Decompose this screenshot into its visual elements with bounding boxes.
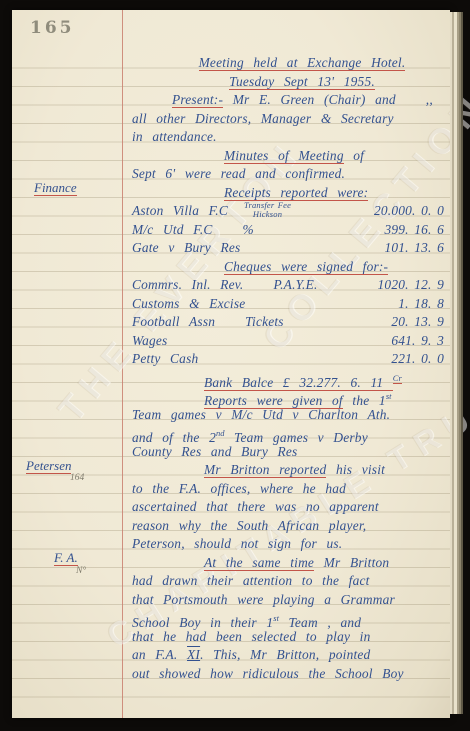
manuscript-line: an F.A. XI. This, Mr Britton, pointed — [132, 646, 446, 665]
ink-segment: ascertained that there was no apparent — [132, 499, 379, 514]
manuscript-line: County Res and Bury Res — [132, 443, 446, 462]
minute-book-page: 165 THE EVERTON COLLECTION CHARITABLE TR… — [12, 10, 450, 718]
ink-segment: nd — [216, 428, 225, 438]
manuscript-line: Bank Balce £ 32.277. 6. 11 Cr — [132, 369, 446, 388]
margin-note-label: Petersen — [26, 458, 71, 474]
ink-segment: that he had been selected to play in — [132, 629, 370, 644]
scan-frame: 165 THE EVERTON COLLECTION CHARITABLE TR… — [0, 0, 470, 731]
manuscript-line: Team games v M/c Utd v Charlton Ath. — [132, 406, 446, 425]
ink-segment: Commrs. Inl. Rev. — [132, 276, 243, 295]
manuscript-body: Meeting held at Exchange Hotel.Tuesday S… — [132, 54, 446, 683]
amount-value: 20.000. 0. 0 — [374, 202, 446, 221]
manuscript-line: all other Directors, Manager & Secretary — [132, 110, 446, 129]
ink-segment: Customs & Excise — [132, 295, 245, 314]
manuscript-line: and of the 2nd Team games v Derby — [132, 424, 446, 443]
ink-segment: all other Directors, Manager & Secretary — [132, 111, 394, 126]
manuscript-line: in attendance. — [132, 128, 446, 147]
manuscript-line: At the same time Mr Britton — [132, 554, 446, 573]
ink-segment: Mr Britton reported — [204, 462, 326, 478]
manuscript-line: M/c Utd F.C%399. 16. 6 — [132, 221, 446, 240]
ink-segment: XI — [187, 647, 200, 662]
manuscript-line: Meeting held at Exchange Hotel. — [132, 54, 446, 73]
ink-segment: % — [243, 221, 254, 240]
ink-segment: M/c Utd F.C — [132, 221, 213, 240]
ink-segment: Wages — [132, 332, 167, 351]
manuscript-line: School Boy in their 1st Team , and — [132, 609, 446, 628]
margin-note-petersen: Petersen — [26, 458, 71, 474]
margin-note-fa: F. A. — [54, 550, 78, 566]
manuscript-line: to the F.A. offices, where he had — [132, 480, 446, 499]
amount-value: 399. 16. 6 — [384, 221, 446, 240]
manuscript-line: that Portsmouth were playing a Grammar — [132, 591, 446, 610]
margin-note-label: Finance — [34, 180, 77, 196]
pencil-reference: N° — [76, 566, 86, 576]
ink-segment: his visit — [326, 462, 385, 477]
manuscript-line: reason why the South African player, — [132, 517, 446, 536]
ink-segment: Receipts reported were: — [224, 185, 368, 201]
ink-segment: Aston Villa F.C — [132, 202, 228, 221]
margin-note-label: F. A. — [54, 550, 78, 566]
ink-segment: Mr Britton — [314, 555, 389, 570]
amount-value: 641. 9. 3 — [391, 332, 446, 351]
ink-segment: Meeting held at Exchange Hotel. — [199, 55, 406, 71]
ink-segment: to the F.A. offices, where he had — [132, 481, 346, 496]
manuscript-line: ascertained that there was no apparent — [132, 498, 446, 517]
ink-segment: Mr E. Green (Chair) and — [223, 92, 396, 107]
amount-value: 20. 13. 9 — [391, 313, 446, 332]
ink-segment: . This, Mr Britton, pointed — [200, 647, 370, 662]
manuscript-line: Reports were given of the 1st — [132, 387, 446, 406]
ink-segment: of — [344, 148, 364, 163]
ink-segment: an F.A. — [132, 647, 187, 662]
manuscript-line: Sept 6' were read and confirmed. — [132, 165, 446, 184]
interlinear-note: Transfer FeeHickson — [244, 201, 291, 218]
ink-segment: Gate v Bury Res — [132, 239, 240, 258]
manuscript-line: that he had been selected to play in — [132, 628, 446, 647]
manuscript-line: had drawn their attention to the fact — [132, 572, 446, 591]
ink-segment: ,, — [426, 92, 433, 107]
ink-segment: Sept 6' were read and confirmed. — [132, 166, 345, 181]
manuscript-line: Minutes of Meeting of — [132, 147, 446, 166]
amount-value: 1. 18. 8 — [398, 295, 446, 314]
ink-segment: At the same time — [204, 555, 314, 571]
pencil-reference: 164 — [70, 473, 84, 483]
manuscript-line: Customs & Excise1. 18. 8 — [132, 295, 446, 314]
ink-segment: Minutes of Meeting — [224, 148, 344, 164]
ink-segment: County Res and Bury Res — [132, 444, 297, 459]
ink-segment: Cr — [393, 373, 402, 384]
manuscript-line: out showed how ridiculous the School Boy — [132, 665, 446, 684]
manuscript-line: Gate v Bury Res101. 13. 6 — [132, 239, 446, 258]
ink-segment: in attendance. — [132, 129, 217, 144]
ink-segment: Team games v M/c Utd v Charlton Ath. — [132, 407, 390, 422]
manuscript-line: Present:- Mr E. Green (Chair) and,, — [132, 91, 446, 110]
ink-segment: Petty Cash — [132, 350, 198, 369]
manuscript-line: Wages641. 9. 3 — [132, 332, 446, 351]
amount-value: 221. 0. 0 — [391, 350, 446, 369]
manuscript-line: Cheques were signed for:- — [132, 258, 446, 277]
ink-segment: Present:- — [172, 92, 223, 108]
manuscript-line: Mr Britton reported his visit — [132, 461, 446, 480]
red-margin-rule — [122, 10, 123, 718]
margin-note-finance: Finance — [34, 180, 77, 196]
manuscript-line: Aston Villa F.CTransfer FeeHickson20.000… — [132, 202, 446, 221]
manuscript-line: Tuesday Sept 13' 1955. — [132, 73, 446, 92]
ink-segment: Football Assn — [132, 313, 215, 332]
ink-segment: Peterson, should not sign for us. — [132, 536, 342, 551]
ink-segment: had drawn their attention to the fact — [132, 573, 370, 588]
ink-segment: that Portsmouth were playing a Grammar — [132, 592, 395, 607]
ink-segment: Tuesday Sept 13' 1955. — [229, 74, 375, 90]
ink-segment: Cheques were signed for:- — [224, 259, 388, 275]
ink-segment: st — [386, 391, 392, 401]
ink-segment: out showed how ridiculous the School Boy — [132, 666, 404, 681]
page-stack-edge — [450, 12, 463, 714]
ink-segment: reason why the South African player, — [132, 518, 366, 533]
page-number: 165 — [30, 18, 75, 38]
amount-value: 1020. 12. 9 — [378, 276, 446, 295]
ink-segment: P.A.Y.E. — [273, 276, 317, 295]
amount-value: 101. 13. 6 — [384, 239, 446, 258]
ink-segment: Tickets — [245, 313, 284, 332]
manuscript-line: Commrs. Inl. Rev.P.A.Y.E.1020. 12. 9 — [132, 276, 446, 295]
manuscript-line: Petty Cash221. 0. 0 — [132, 350, 446, 369]
manuscript-line: Peterson, should not sign for us. — [132, 535, 446, 554]
manuscript-line: Football AssnTickets20. 13. 9 — [132, 313, 446, 332]
